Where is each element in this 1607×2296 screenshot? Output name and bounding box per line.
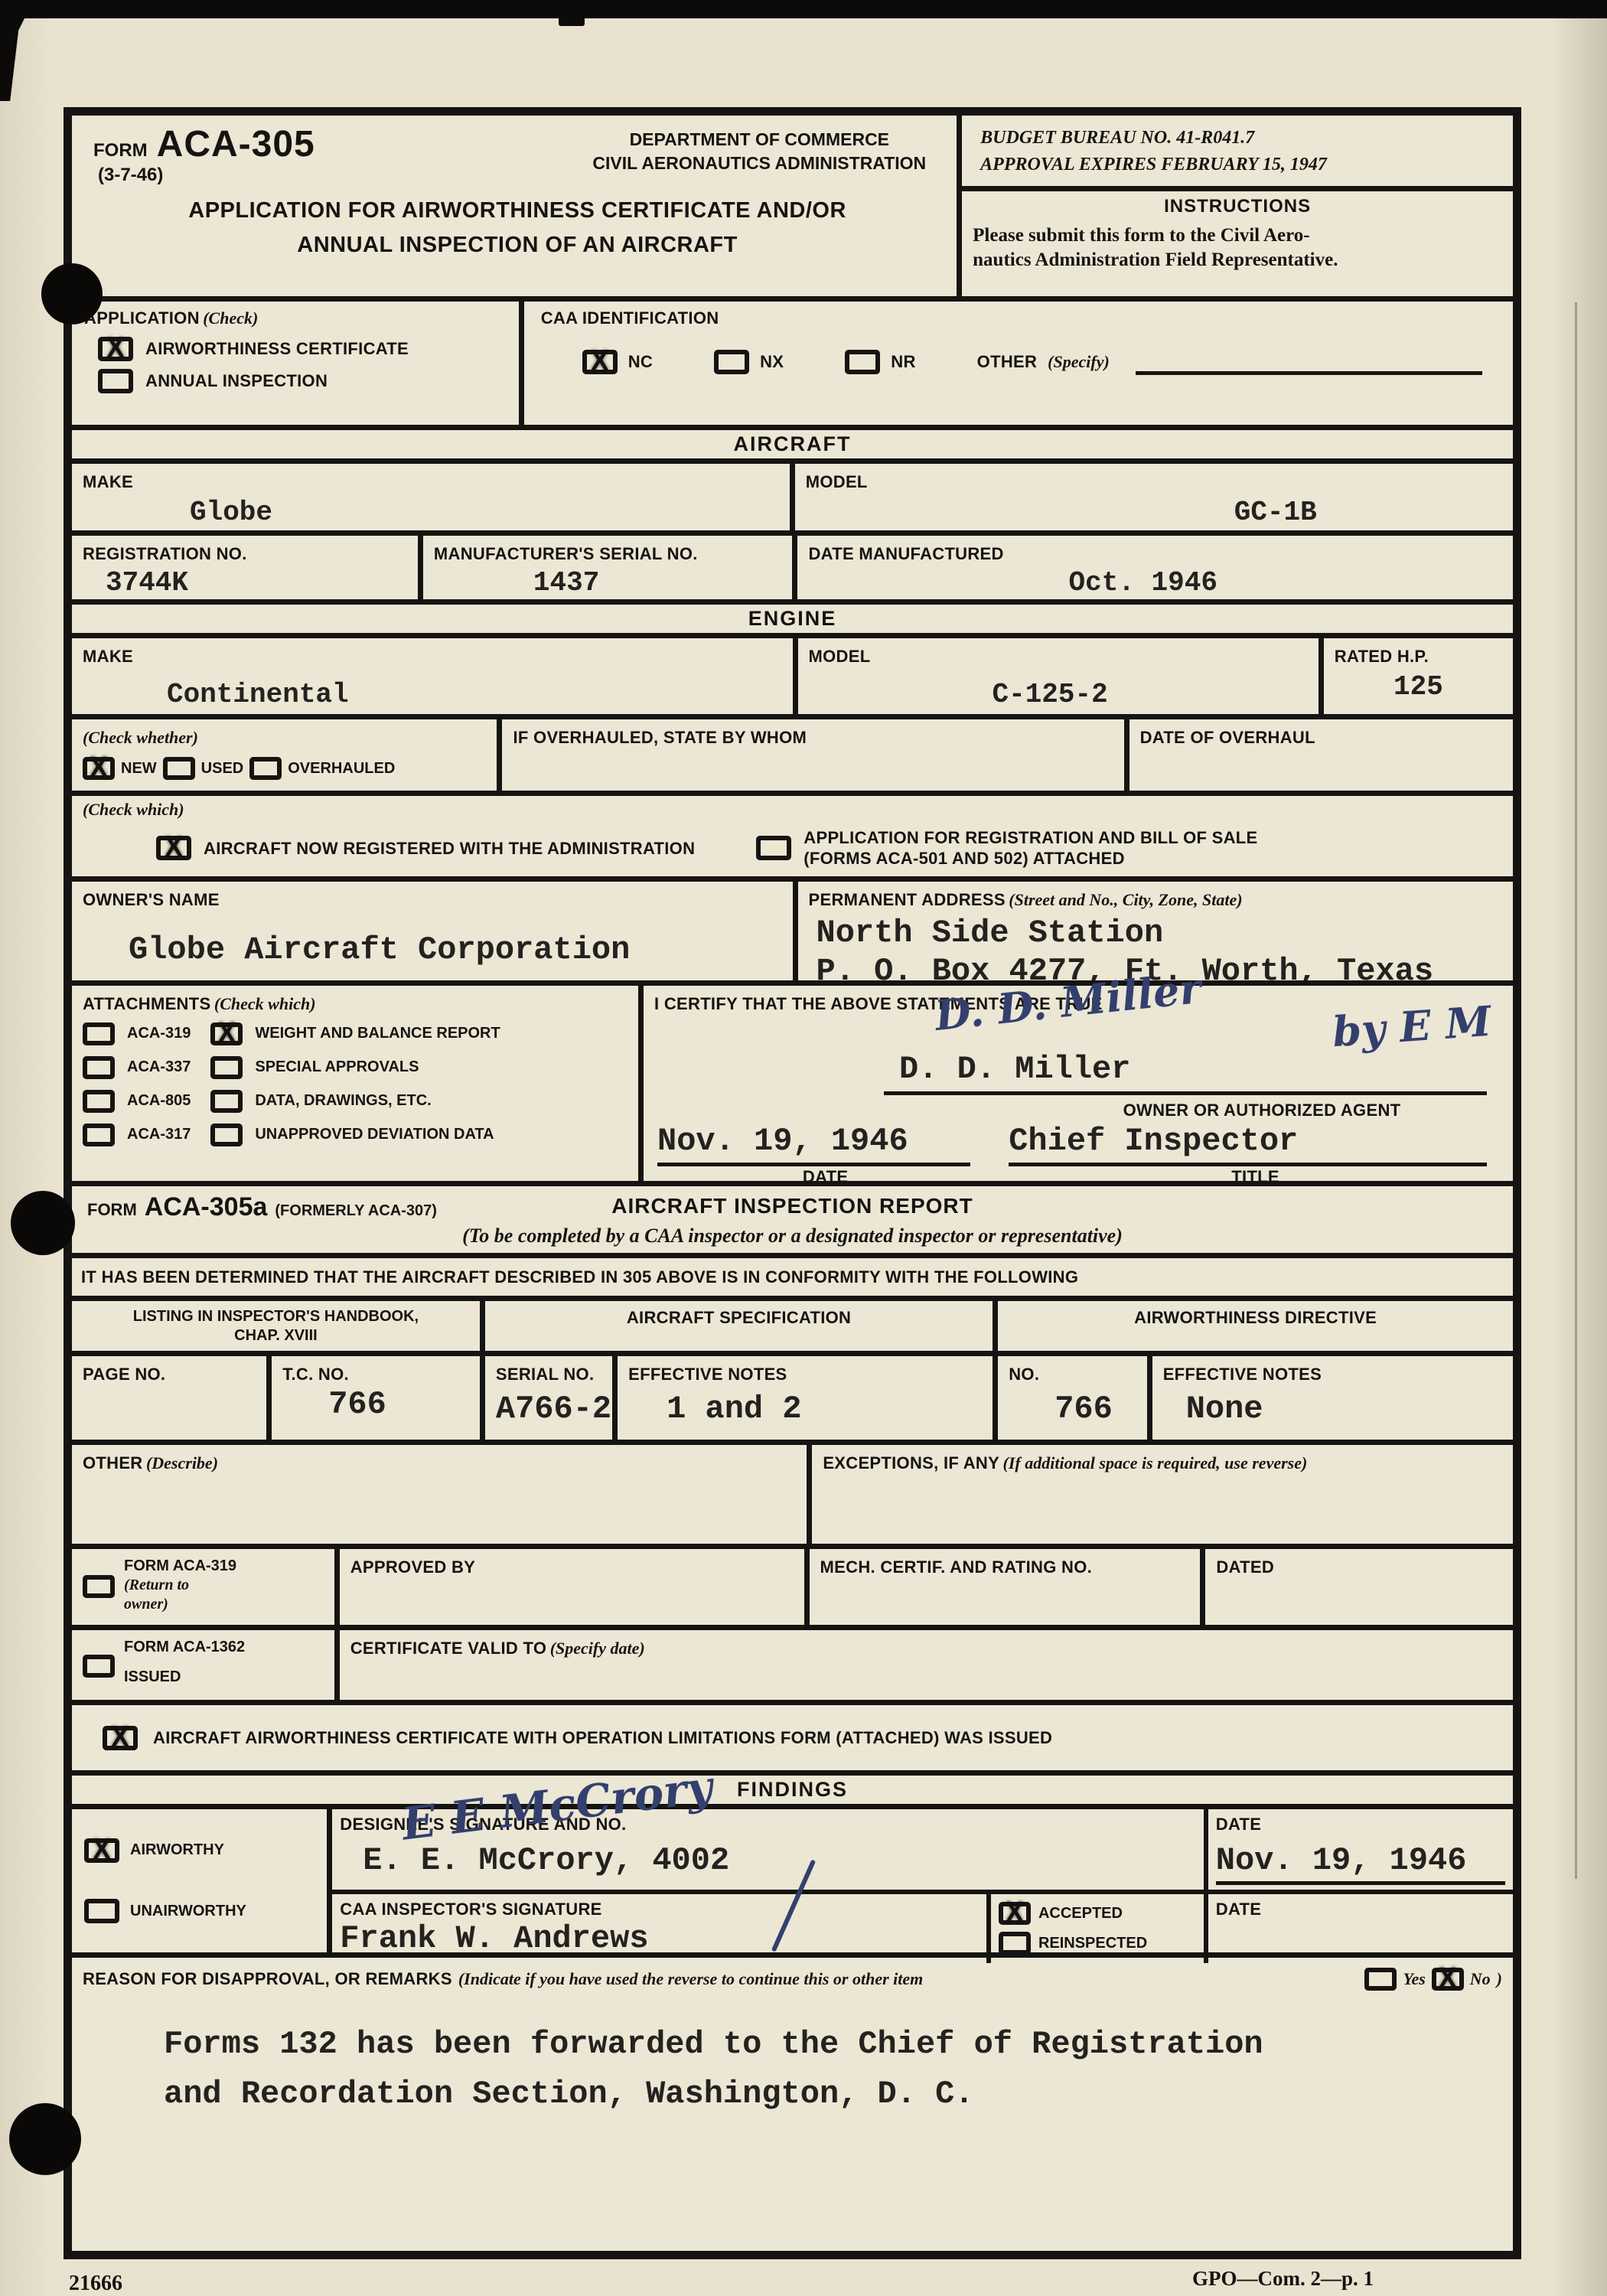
aircraft-registration-row: REGISTRATION NO. 3744K MANUFACTURER'S SE… [72,530,1513,599]
airworthy-label: AIRWORTHY [130,1841,224,1860]
aca-317-label: ACA-317 [127,1125,191,1144]
aca-337-checkbox[interactable] [83,1056,115,1079]
agent-countersign-script: by E M [1331,1000,1492,1052]
report-formerly: (FORMERLY ACA-307) [275,1202,437,1221]
weight-balance-checkbox[interactable] [210,1022,243,1045]
determination-row: IT HAS BEEN DETERMINED THAT THE AIRCRAFT… [72,1253,1513,1296]
engine-used-label: USED [201,759,244,778]
owner-address-note: (Street and No., City, Zone, State) [1009,890,1242,909]
spec-header-cell: AIRCRAFT SPECIFICATION [480,1301,993,1351]
registration-label: REGISTRATION NO. [83,543,407,565]
serial-value: 1437 [533,566,782,599]
scan-ink-mark [559,14,585,26]
other-describe-note: (Describe) [146,1453,218,1473]
other-describe-label: OTHER [83,1453,143,1473]
nc-checkbox[interactable] [582,350,618,374]
engine-model-value: C-125-2 [993,678,1308,711]
attachments-note: (Check which) [214,994,316,1013]
directive-no-cell: NO. 766 [993,1356,1146,1440]
dated-cell: DATED [1200,1549,1513,1625]
page-edge-line [1575,302,1577,1879]
aca1362-row: FORM ACA-1362 ISSUED CERTIFICATE VALID T… [72,1625,1513,1700]
weight-balance-label: WEIGHT AND BALANCE REPORT [255,1024,500,1043]
owner-name-value: Globe Aircraft Corporation [129,931,782,969]
unapproved-deviation-checkbox[interactable] [210,1124,243,1146]
attachments-label: ATTACHMENTS [83,994,210,1013]
punch-hole [41,263,103,325]
check-which-note: (Check which) [83,799,1513,820]
owner-address-line1: North Side Station [817,914,1503,952]
aca319-check-cell: FORM ACA-319 (Return to owner) [72,1549,334,1625]
registration-cell: REGISTRATION NO. 3744K [72,536,418,599]
aircraft-section-title: AIRCRAFT [734,434,852,455]
conformity-header-row: LISTING IN INSPECTOR'S HANDBOOK, CHAP. X… [72,1296,1513,1351]
overhauled-by-cell: IF OVERHAULED, STATE BY WHOM [497,719,1123,791]
engine-hp-value: 125 [1393,670,1443,703]
annual-inspection-label: ANNUAL INSPECTION [145,370,328,392]
certificate-issued-row: AIRCRAFT AIRWORTHINESS CERTIFICATE WITH … [72,1700,1513,1770]
attachments-certify-row: ATTACHMENTS (Check which) ACA-319 ACA-33… [72,980,1513,1181]
reverse-yes-label: Yes [1403,1968,1425,1990]
reverse-no-checkbox[interactable] [1432,1968,1464,1991]
certify-date-value: Nov. 19, 1946 [657,1122,993,1160]
form-aca319-label: FORM ACA-319 [124,1557,236,1576]
tc-no-label: T.C. NO. [282,1365,349,1384]
reason-note: (Indicate if you have used the reverse t… [458,1968,1359,1990]
unairworthy-label: UNAIRWORTHY [130,1902,246,1921]
registration-value: 3744K [106,566,407,599]
special-approvals-label: SPECIAL APPROVALS [255,1058,419,1077]
nr-label: NR [891,351,915,373]
handbook-header-cell: LISTING IN INSPECTOR'S HANDBOOK, CHAP. X… [72,1301,480,1351]
spec-serial-cell: SERIAL NO. A766-2 [480,1356,612,1440]
form-aca1362-issued-label: ISSUED [124,1668,245,1687]
certify-title-value: Chief Inspector [1009,1122,1502,1160]
aircraft-make-value: Globe [190,496,779,529]
instructions-title: INSTRUCTIONS [973,196,1502,217]
reason-paren-close: ) [1497,1968,1502,1990]
serial-cell: MANUFACTURER'S SERIAL NO. 1437 [418,536,793,599]
other-label: OTHER [977,351,1038,373]
spec-notes-label: EFFECTIVE NOTES [628,1365,787,1384]
form-number: ACA-305 [157,126,315,163]
aca1362-check-cell: FORM ACA-1362 ISSUED [72,1630,334,1700]
instructions-box: INSTRUCTIONS Please submit this form to … [962,191,1513,296]
owner-address-cell: PERMANENT ADDRESS (Street and No., City,… [793,882,1514,980]
directive-notes-value: None [1186,1390,1502,1428]
mech-certif-cell: MECH. CERTIF. AND RATING NO. [804,1549,1201,1625]
airworthiness-certificate-label: AIRWORTHINESS CERTIFICATE [145,338,409,360]
department-name: DEPARTMENT OF COMMERCE CIVIL AERONAUTICS… [592,128,926,175]
engine-make-model-row: MAKE Continental MODEL C-125-2 RATED H.P… [72,633,1513,714]
nx-checkbox[interactable] [714,350,749,374]
reinspected-checkbox[interactable] [999,1932,1031,1955]
date-manufactured-cell: DATE MANUFACTURED Oct. 1946 [792,536,1513,599]
determination-text: IT HAS BEEN DETERMINED THAT THE AIRCRAFT… [81,1267,1078,1288]
airworthiness-certificate-checkbox[interactable] [98,337,133,361]
bill-of-sale-checkbox[interactable] [756,836,791,860]
mech-certif-label: MECH. CERTIF. AND RATING NO. [820,1557,1093,1577]
budget-bureau-box: BUDGET BUREAU NO. 41-R041.7 APPROVAL EXP… [962,116,1513,191]
certificate-issued-label: AIRCRAFT AIRWORTHINESS CERTIFICATE WITH … [153,1727,1052,1749]
spec-serial-label: SERIAL NO. [496,1365,595,1384]
directive-notes-cell: EFFECTIVE NOTES None [1147,1356,1513,1440]
signature-line[interactable] [884,1091,1487,1095]
date-manufactured-value: Oct. 1946 [1068,566,1502,599]
punch-hole [9,2103,81,2175]
engine-hp-cell: RATED H.P. 125 [1319,638,1513,714]
inspection-report-header: FORM ACA-305a (FORMERLY ACA-307) AIRCRAF… [72,1181,1513,1253]
data-drawings-label: DATA, DRAWINGS, ETC. [255,1091,431,1110]
remarks-line1: Forms 132 has been forwarded to the Chie… [164,2020,1490,2069]
engine-model-cell: MODEL C-125-2 [793,638,1319,714]
unairworthy-checkbox[interactable] [84,1899,119,1923]
annual-inspection-checkbox[interactable] [98,369,133,393]
exceptions-cell: EXCEPTIONS, IF ANY (If additional space … [807,1445,1513,1544]
approved-by-label: APPROVED BY [350,1557,475,1577]
certificate-valid-cell: CERTIFICATE VALID TO (Specify date) [334,1630,1513,1700]
approved-by-cell: APPROVED BY [334,1549,804,1625]
overhaul-date-label: DATE OF OVERHAUL [1140,728,1315,747]
airworthy-column: AIRWORTHY UNAIRWORTHY [72,1809,327,1952]
accepted-label: ACCEPTED [1038,1904,1123,1923]
engine-overhauled-checkbox[interactable] [249,757,282,780]
certificate-valid-note: (Specify date) [550,1639,645,1658]
nr-checkbox[interactable] [845,350,880,374]
overhaul-date-cell: DATE OF OVERHAUL [1124,719,1513,791]
check-whether-note: (Check whether) [83,727,486,748]
directive-no-value: 766 [1054,1390,1136,1428]
aircraft-make-label: MAKE [83,471,779,493]
reverse-yes-checkbox[interactable] [1364,1968,1397,1991]
registered-label: AIRCRAFT NOW REGISTERED WITH THE ADMINIS… [204,838,695,859]
aircraft-model-value: GC-1B [1234,496,1502,529]
form-aca1362-label: FORM ACA-1362 [124,1638,245,1657]
caa-identification-label: CAA IDENTIFICATION [541,308,1498,329]
serial-label: MANUFACTURER'S SERIAL NO. [434,543,782,565]
engine-new-checkbox[interactable] [83,757,115,780]
dated-label: DATED [1216,1557,1274,1577]
reason-label: REASON FOR DISAPPROVAL, OR REMARKS [83,1968,452,1990]
form-aca319-checkbox[interactable] [83,1575,115,1598]
findings-date2-label: DATE [1216,1900,1261,1919]
remarks-line2: and Recordation Section, Washington, D. … [164,2069,1490,2119]
engine-overhauled-label: OVERHAULED [288,759,395,778]
instructions-body: Please submit this form to the Civil Aer… [973,223,1502,273]
directive-notes-label: EFFECTIVE NOTES [1163,1365,1322,1384]
findings-section-bar: FINDINGS [72,1770,1513,1804]
engine-make-value: Continental [167,678,782,711]
engine-hp-label: RATED H.P. [1335,646,1502,667]
aca-805-label: ACA-805 [127,1091,191,1110]
caa-inspector-label: CAA INSPECTOR'S SIGNATURE [340,1900,601,1919]
owner-name-label: OWNER'S NAME [83,889,782,911]
spec-notes-value: 1 and 2 [667,1390,982,1428]
engine-condition-cell: (Check whether) NEW USED OVERHAULED [72,719,497,791]
engine-section-title: ENGINE [748,608,837,629]
aircraft-model-label: MODEL [806,471,1502,493]
aircraft-make-cell: MAKE Globe [72,464,790,530]
aca-305-form: FORM ACA-305 (3-7-46) DEPARTMENT OF COMM… [64,107,1521,2259]
attachments-section: ATTACHMENTS (Check which) ACA-319 ACA-33… [72,986,638,1181]
aircraft-section-bar: AIRCRAFT [72,425,1513,458]
findings-section-title: FINDINGS [737,1779,848,1800]
application-label: APPLICATION [84,308,200,328]
aircraft-model-cell: MODEL GC-1B [790,464,1513,530]
findings-date-cell: DATE Nov. 19, 1946 [1204,1809,1513,1890]
certificate-valid-label: CERTIFICATE VALID TO [350,1639,547,1658]
caa-identification-section: CAA IDENTIFICATION NC NX NR OTHER (Speci… [519,302,1513,425]
page-no-cell: PAGE NO. [72,1356,266,1440]
engine-make-cell: MAKE Continental [72,638,793,714]
certification-section: I CERTIFY THAT THE ABOVE STATEMENTS ARE … [638,986,1513,1181]
form-header-right: BUDGET BUREAU NO. 41-R041.7 APPROVAL EXP… [957,116,1513,296]
unapproved-deviation-label: UNAPPROVED DEVIATION DATA [255,1125,494,1144]
reverse-no-label: No [1470,1968,1491,1990]
remarks-area: Forms 132 has been forwarded to the Chie… [72,2000,1513,2251]
other-describe-cell: OTHER (Describe) [72,1445,807,1544]
airworthy-checkbox[interactable] [84,1838,119,1863]
directive-no-label: NO. [1009,1365,1039,1384]
aircraft-make-model-row: MAKE Globe MODEL GC-1B [72,458,1513,530]
application-section: APPLICATION (Check) AIRWORTHINESS CERTIF… [72,302,519,425]
form-header: FORM ACA-305 (3-7-46) DEPARTMENT OF COMM… [72,116,1513,296]
nc-label: NC [628,351,653,373]
engine-make-label: MAKE [83,646,782,667]
form-header-left: FORM ACA-305 (3-7-46) DEPARTMENT OF COMM… [72,116,957,296]
other-specify-note: (Specify) [1048,351,1110,373]
aca-319-label: ACA-319 [127,1024,191,1043]
accepted-checkbox[interactable] [999,1902,1031,1925]
report-subtitle: (To be completed by a CAA inspector or a… [72,1225,1513,1247]
reason-row: REASON FOR DISAPPROVAL, OR REMARKS (Indi… [72,1952,1513,2000]
form-aca1362-checkbox[interactable] [83,1655,115,1678]
scanned-form-page: FORM ACA-305 (3-7-46) DEPARTMENT OF COMM… [0,0,1607,2296]
engine-new-label: NEW [121,759,157,778]
reinspected-label: REINSPECTED [1038,1934,1147,1953]
special-approvals-checkbox[interactable] [210,1056,243,1079]
aca319-row: FORM ACA-319 (Return to owner) APPROVED … [72,1544,1513,1625]
page-no-label: PAGE NO. [83,1365,165,1384]
data-drawings-checkbox[interactable] [210,1090,243,1113]
bill-of-sale-label: APPLICATION FOR REGISTRATION AND BILL OF… [803,827,1257,869]
tc-no-value: 766 [328,1385,469,1424]
date-manufactured-label: DATE MANUFACTURED [808,543,1502,565]
findings-row: AIRWORTHY UNAIRWORTHY DESIGNEE'S SIGNATU… [72,1804,1513,1952]
signer-label: OWNER OR AUTHORIZED AGENT [1022,1100,1502,1121]
findings-date-value: Nov. 19, 1946 [1216,1841,1505,1885]
engine-section-bar: ENGINE [72,599,1513,633]
registered-checkbox[interactable] [156,836,191,860]
other-exceptions-row: OTHER (Describe) EXCEPTIONS, IF ANY (If … [72,1440,1513,1544]
engine-model-label: MODEL [809,646,1308,667]
owner-name-cell: OWNER'S NAME Globe Aircraft Corporation [72,882,793,980]
punch-hole [11,1191,75,1255]
exceptions-note: (If additional space is required, use re… [1003,1453,1308,1473]
application-row: APPLICATION (Check) AIRWORTHINESS CERTIF… [72,296,1513,425]
aca-337-label: ACA-337 [127,1058,191,1077]
designee-signature-typed: E. E. McCrory, 4002 [363,1841,1196,1880]
findings-date-label: DATE [1216,1815,1261,1834]
designee-signature-cell: DESIGNEE'S SIGNATURE AND NO. E E McCrory… [332,1809,1204,1890]
report-form-number: ACA-305a [145,1192,268,1222]
aca-319-checkbox[interactable] [83,1022,115,1045]
conformity-values-row: PAGE NO. T.C. NO. 766 SERIAL NO. A766-2 … [72,1351,1513,1440]
certificate-issued-checkbox[interactable] [103,1726,138,1750]
spec-notes-cell: EFFECTIVE NOTES 1 and 2 [612,1356,993,1440]
gpo-code: GPO—Com. 2—p. 1 [1192,2267,1374,2291]
form-title: APPLICATION FOR AIRWORTHINESS CERTIFICAT… [93,194,941,263]
nx-label: NX [760,351,784,373]
owner-row: OWNER'S NAME Globe Aircraft Corporation … [72,876,1513,980]
form-word-label: FORM [93,140,148,161]
engine-used-checkbox[interactable] [163,757,195,780]
other-specify-field[interactable] [1136,349,1482,375]
spec-serial-value: A766-2 [496,1390,601,1428]
scan-top-edge [0,0,1607,18]
report-form-word: FORM [87,1200,137,1220]
owner-address-label: PERMANENT ADDRESS [809,890,1006,909]
aca-805-checkbox[interactable] [83,1090,115,1113]
directive-header-cell: AIRWORTHINESS DIRECTIVE [993,1301,1513,1351]
print-code: 21666 [69,2272,122,2296]
application-check-note: (Check) [203,308,258,328]
aca-317-checkbox[interactable] [83,1124,115,1146]
tc-no-cell: T.C. NO. 766 [266,1356,480,1440]
engine-condition-row: (Check whether) NEW USED OVERHAULED IF O… [72,714,1513,791]
exceptions-label: EXCEPTIONS, IF ANY [823,1453,999,1473]
overhauled-by-label: IF OVERHAULED, STATE BY WHOM [513,728,807,747]
owner-signature-typed: D. D. Miller [899,1050,1502,1088]
registration-status-row: (Check which) AIRCRAFT NOW REGISTERED WI… [72,791,1513,876]
